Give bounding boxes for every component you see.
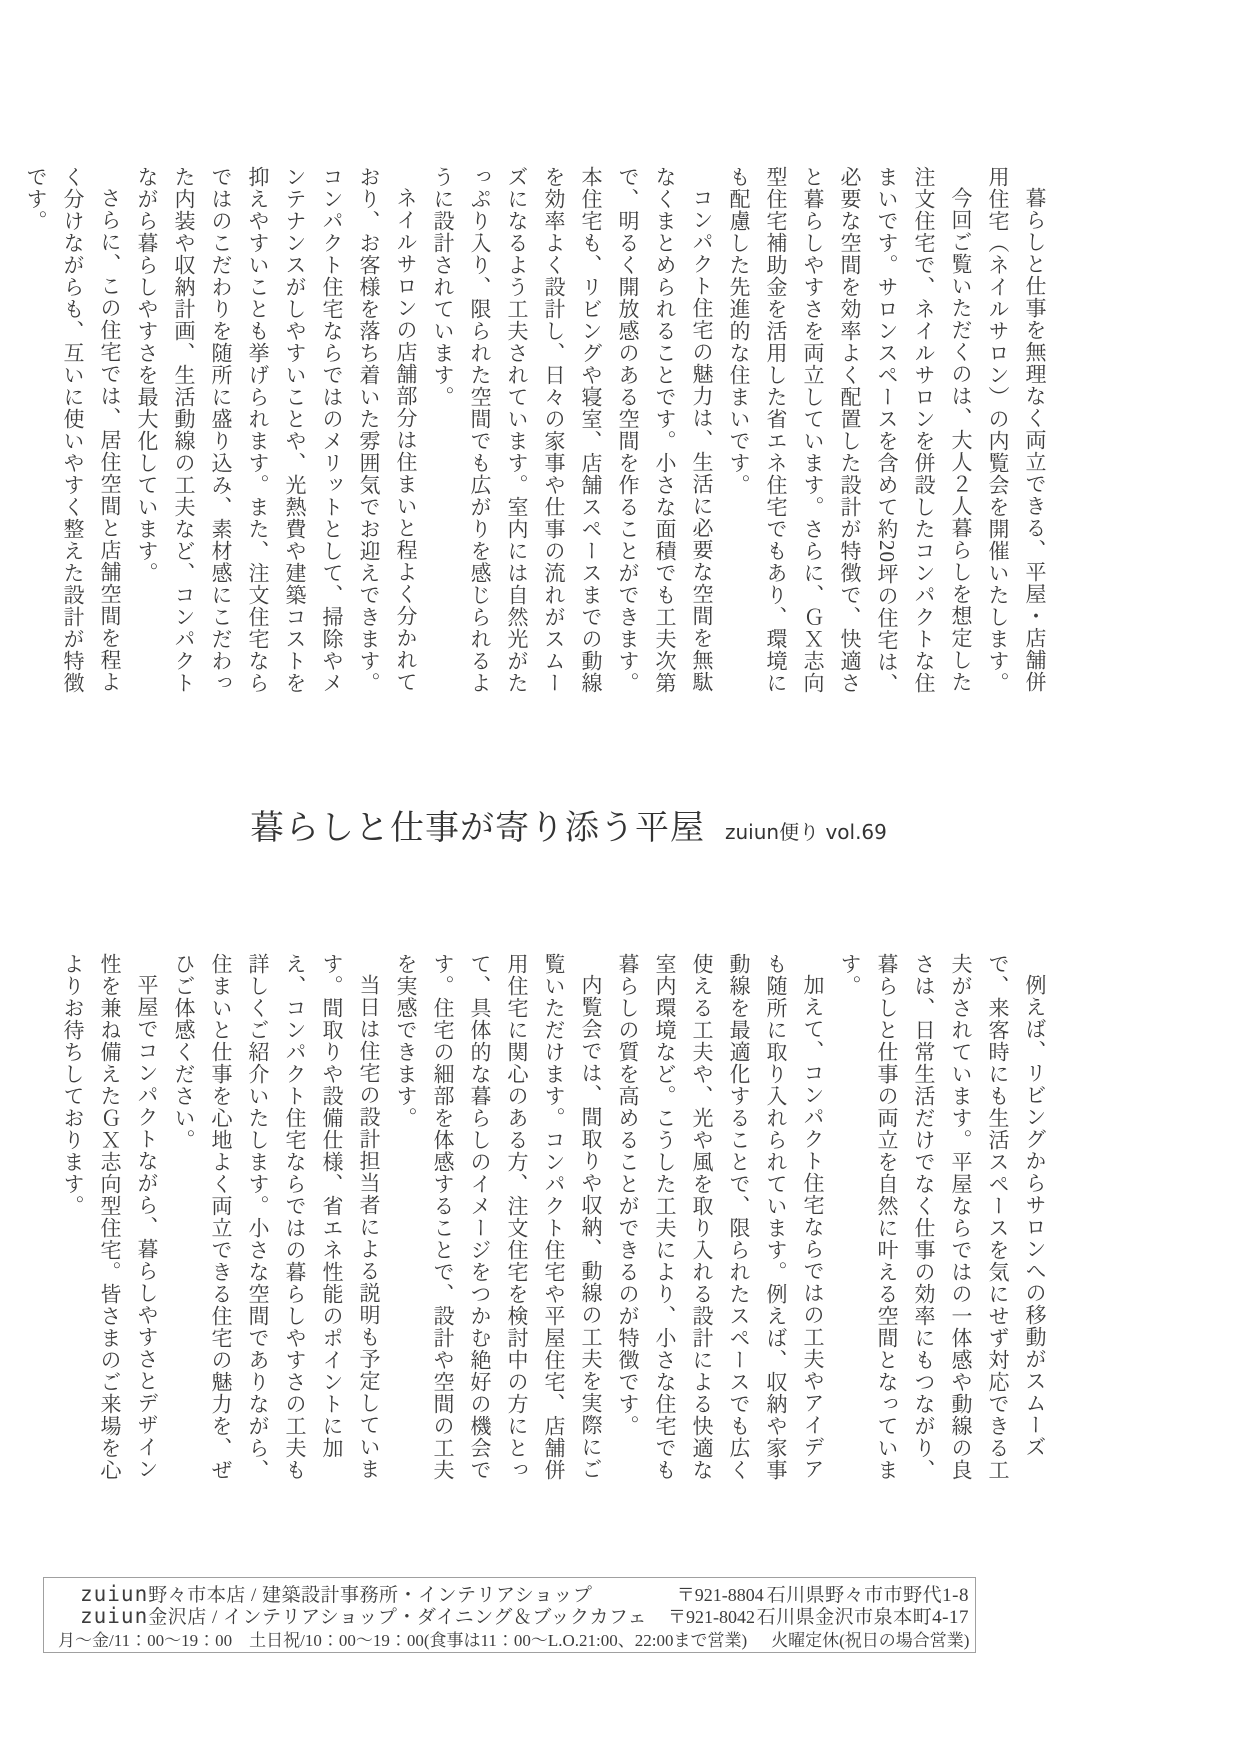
bottom-article: 例えば、リビングからサロンへの移動がスムーズで、来客時にも生活スペースを気にせず… — [54, 953, 1053, 1483]
business-hours-row: 月～金/11：00～19：00 土日祝/10：00～19：00(食事は11：00… — [58, 1626, 969, 1651]
closed-days-text: 火曜定休(祝日の場合営業) — [771, 1626, 969, 1651]
paragraph: 暮らしと仕事を無理なく両立できる、平屋・店舗併用住宅（ネイルサロン）の内覧会を開… — [979, 166, 1053, 696]
paragraph: 加えて、コンパクト住宅ならではの工夫やアイデアも随所に取り入れられています。例え… — [609, 953, 831, 1483]
top-article: 暮らしと仕事を無理なく両立できる、平屋・店舗併用住宅（ネイルサロン）の内覧会を開… — [17, 166, 1053, 696]
paragraph: ネイルサロンの店舗部分は住まいと程よく分かれており、お客様を落ち着いた雰囲気でお… — [128, 166, 424, 696]
brand-logo-text: zuiun — [80, 1604, 148, 1628]
store-row-kanazawa: zuiun 金沢店 / インテリアショップ・ダイニング＆ブックカフェ 〒921-… — [80, 1602, 969, 1629]
store-address: 石川県金沢市泉本町4-17 — [757, 1602, 969, 1629]
store-name: zuiun 金沢店 / インテリアショップ・ダイニング＆ブックカフェ — [80, 1602, 668, 1629]
paragraph: 平屋でコンパクトながら、暮らしやすさとデザイン性を兼ね備えたＧＸ志向型住宅。皆さ… — [54, 953, 165, 1483]
footer-info-box: zuiun 野々市本店 / 建築設計事務所・インテリアショップ 〒921-880… — [43, 1577, 976, 1653]
edition-label: zuiun便り vol.69 — [725, 822, 887, 842]
paragraph: コンパクト住宅の魅力は、生活に必要な空間を無駄なくまとめられることです。小さな面… — [424, 166, 720, 696]
paragraph: さらに、この住宅では、居住空間と店舗空間を程よく分けながらも、互いに使いやすく整… — [17, 166, 128, 696]
paragraph: 例えば、リビングからサロンへの移動がスムーズで、来客時にも生活スペースを気にせず… — [831, 953, 1053, 1483]
newsletter-page: 暮らしと仕事を無理なく両立できる、平屋・店舗併用住宅（ネイルサロン）の内覧会を開… — [0, 0, 1241, 1755]
branch-label: 金沢店 / インテリアショップ・ダイニング＆ブックカフェ — [148, 1602, 647, 1629]
paragraph: 今回ご覧いただくのは、大人２人暮らしを想定した注文住宅で、ネイルサロンを併設した… — [720, 166, 979, 696]
paragraph: 内覧会では、間取りや収納、動線の工夫を実際にご覧いただけます。コンパクト住宅や平… — [387, 953, 609, 1483]
page-title: 暮らしと仕事が寄り添う平屋 — [250, 812, 705, 846]
masthead: 暮らしと仕事が寄り添う平屋 zuiun便り vol.69 — [250, 812, 887, 846]
hours-text: 月～金/11：00～19：00 土日祝/10：00～19：00(食事は11：00… — [58, 1626, 747, 1651]
paragraph: 当日は住宅の設計担当者による説明も予定しています。間取りや設備仕様、省エネ性能の… — [165, 953, 387, 1483]
